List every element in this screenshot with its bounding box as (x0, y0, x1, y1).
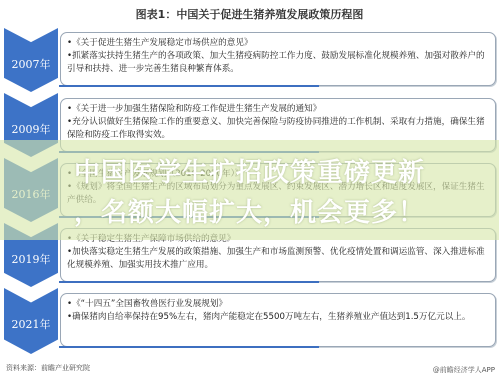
policy-box: •《关于促进生猪生产发展稳定市场供应的意见》 •抓紧落实扶持生猪生产的各项政策、… (60, 32, 496, 86)
policy-detail: •充分认识做好生猪保险工作的重要意义、加快完善保险与防疫协同推进的工作机制、采取… (67, 116, 489, 142)
watermark: @前瞻经济学人APP (433, 365, 495, 375)
source-note: 资料来源：前瞻产业研究院 (6, 363, 90, 373)
accent-underline (59, 281, 319, 283)
timeline-row-2021: 2021年 •《“十四五”全国畜牧兽医行业发展规划》 •确保猪肉自给率保持在95… (0, 288, 499, 354)
policy-detail: •加快落实稳定生猪生产发展的政策措施、加强生产和市场监测预警、优化疫情处置和调运… (67, 246, 489, 272)
chart-title: 图表1：中国关于促进生猪养殖发展政策历程图 (0, 6, 499, 22)
year-label: 2019年 (4, 251, 58, 267)
year-label: 2021年 (4, 316, 58, 332)
policy-title: •《关于进一步加强生猪保险和防疫工作促进生猪生产发展的通知》 (67, 103, 489, 116)
overlay-headline-line1: 中国医学生扩招政策重磅更新 (0, 152, 499, 189)
year-label: 2009年 (4, 121, 58, 137)
policy-title: •《关于促进生猪生产发展稳定市场供应的意见》 (67, 37, 489, 50)
year-label: 2007年 (4, 56, 58, 72)
accent-underline (59, 85, 319, 87)
accent-underline (59, 346, 319, 348)
policy-title: •《“十四五”全国畜牧兽医行业发展规划》 (67, 298, 489, 311)
timeline-row-2007: 2007年 •《关于促进生猪生产发展稳定市场供应的意见》 •抓紧落实扶持生猪生产… (0, 28, 499, 92)
policy-detail: •确保猪肉自给率保持在95%左右，猪肉产能稳定在5500万吨左右，生猪养殖业产值… (67, 311, 489, 324)
policy-detail: •抓紧落实扶持生猪生产的各项政策、加大生猪疫病防控工作力度、鼓励发展标准化规模养… (67, 50, 489, 76)
overlay-headline-line2: ，名额大幅扩大，机会更多！ (0, 192, 499, 229)
policy-box: •《“十四五”全国畜牧兽医行业发展规划》 •确保猪肉自给率保持在95%左右，猪肉… (60, 293, 496, 347)
